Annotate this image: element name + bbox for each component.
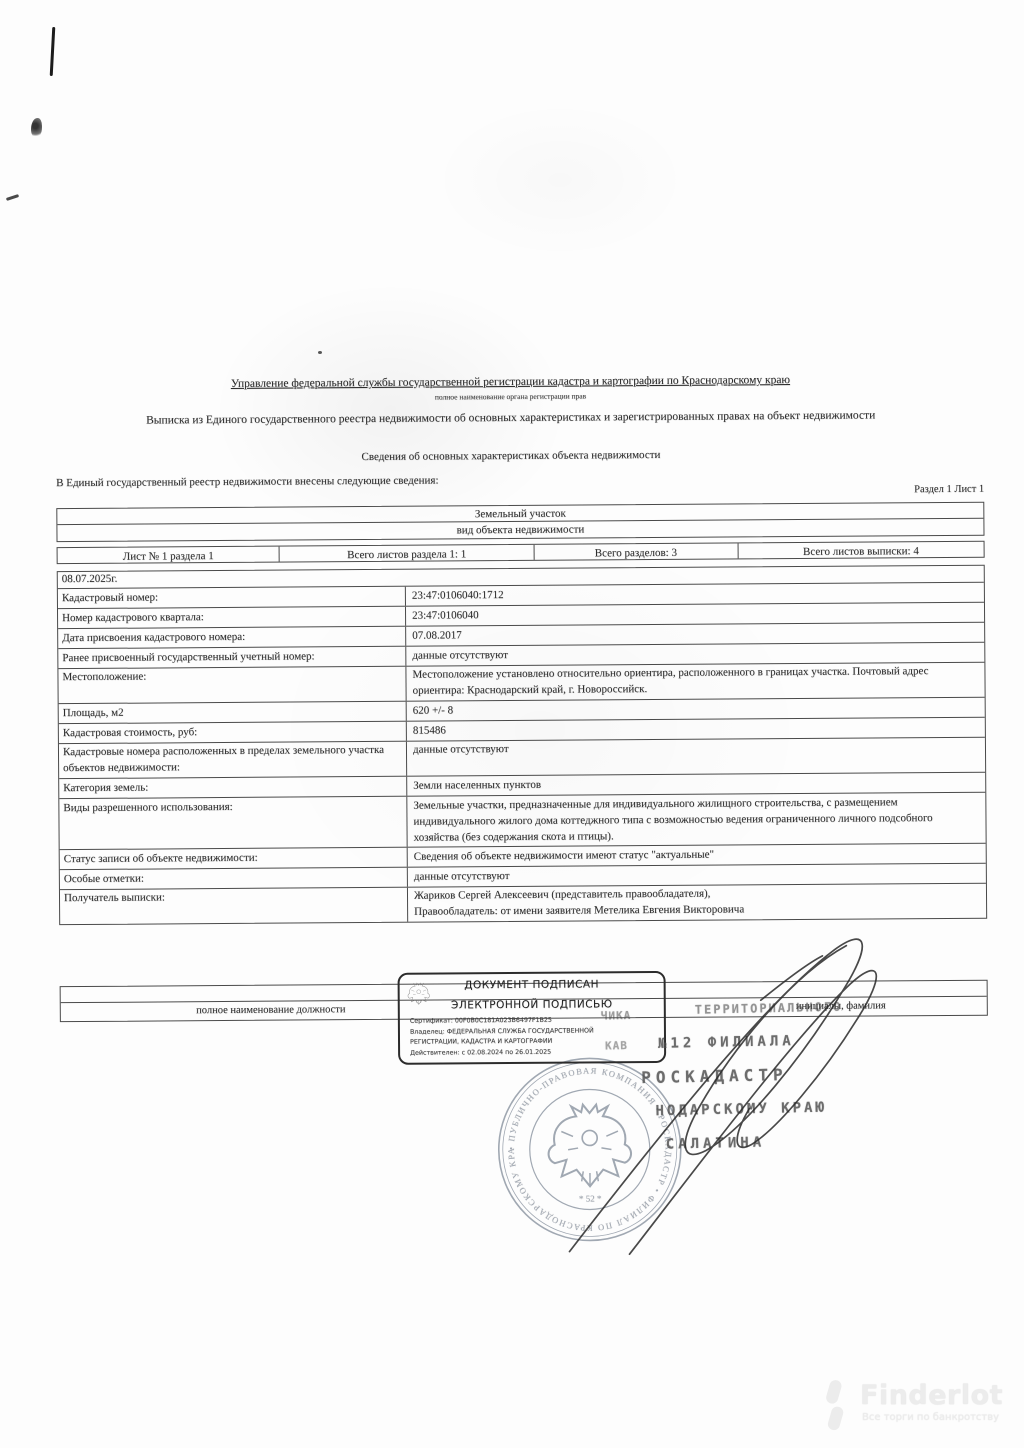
section-sheet-label: Раздел 1 Лист 1 [914, 484, 984, 495]
intro-line: В Единый государственный реестр недвижим… [56, 475, 438, 490]
row-label: Кадастровая стоимость, руб: [59, 722, 407, 743]
row-label: Категория земель: [59, 777, 407, 798]
coat-of-arms-icon [406, 979, 432, 1009]
sheet-count-table: Лист № 1 раздела 1 Всего листов раздела … [57, 541, 985, 564]
row-value: 620 +/- 8 [407, 698, 985, 721]
row-value: Земельные участки, предназначенные для и… [407, 793, 985, 847]
document-title: Выписка из Единого государственного реес… [61, 409, 961, 427]
handwritten-signature [522, 887, 925, 1270]
row-value: 23:47:0106040 [406, 603, 984, 626]
sheet-cell: Всего разделов: 3 [534, 543, 738, 559]
finderlot-logo-icon [814, 1378, 858, 1434]
row-label: Площадь, м2 [59, 702, 407, 723]
row-value: 07.08.2017 [406, 623, 984, 646]
row-value: данные отсутствуют [407, 738, 985, 776]
scanned-document: Управление федеральной службы государств… [0, 0, 1024, 1448]
row-label: Номер кадастрового квартала: [58, 607, 406, 628]
row-value: Сведения об объекте недвижимости имеют с… [408, 844, 986, 867]
authority-caption: полное наименование органа регистрации п… [0, 388, 1023, 404]
sheet-cell: Лист № 1 раздела 1 [58, 547, 280, 564]
finderlot-watermark: Finderlot Все торги по банкротству [812, 1378, 1012, 1438]
row-value: Земли населенных пунктов [407, 773, 985, 796]
row-label: Получатель выписки: [60, 888, 408, 924]
main-table-area: Земельный участок вид объекта недвижимос… [56, 502, 987, 925]
row-label: Кадастровые номера расположенных в преде… [59, 742, 407, 778]
row-label: Особые отметки: [60, 868, 408, 889]
characteristics-table: 08.07.2025г. Кадастровый номер: 23:47:01… [57, 565, 987, 925]
section-title: Сведения об основных характеристиках объ… [0, 446, 1023, 465]
table-row: Виды разрешенного использования: Земельн… [59, 793, 985, 850]
row-value: 23:47:0106040:1712 [406, 583, 984, 606]
row-label: Виды разрешенного использования: [59, 797, 407, 849]
row-value: 815486 [407, 718, 985, 741]
row-value: Местоположение установлено относительно … [406, 663, 984, 701]
object-type-table: Земельный участок вид объекта недвижимос… [56, 502, 984, 542]
watermark-tagline: Все торги по банкротству [862, 1412, 999, 1423]
row-label: Ранее присвоенный государственный учетны… [58, 647, 406, 668]
row-label: Местоположение: [58, 667, 406, 703]
row-value: данные отсутствуют [406, 643, 984, 666]
row-label: Кадастровый номер: [58, 587, 406, 608]
sheet-cell: Всего листов раздела 1: 1 [280, 545, 535, 562]
sheet-cell: Всего листов выписки: 4 [738, 542, 983, 559]
row-label: Статус записи об объекте недвижимости: [60, 848, 408, 869]
row-value: данные отсутствуют [408, 864, 986, 887]
watermark-brand: Finderlot [860, 1380, 1003, 1411]
row-label: Дата присвоения кадастрового номера: [58, 627, 406, 648]
